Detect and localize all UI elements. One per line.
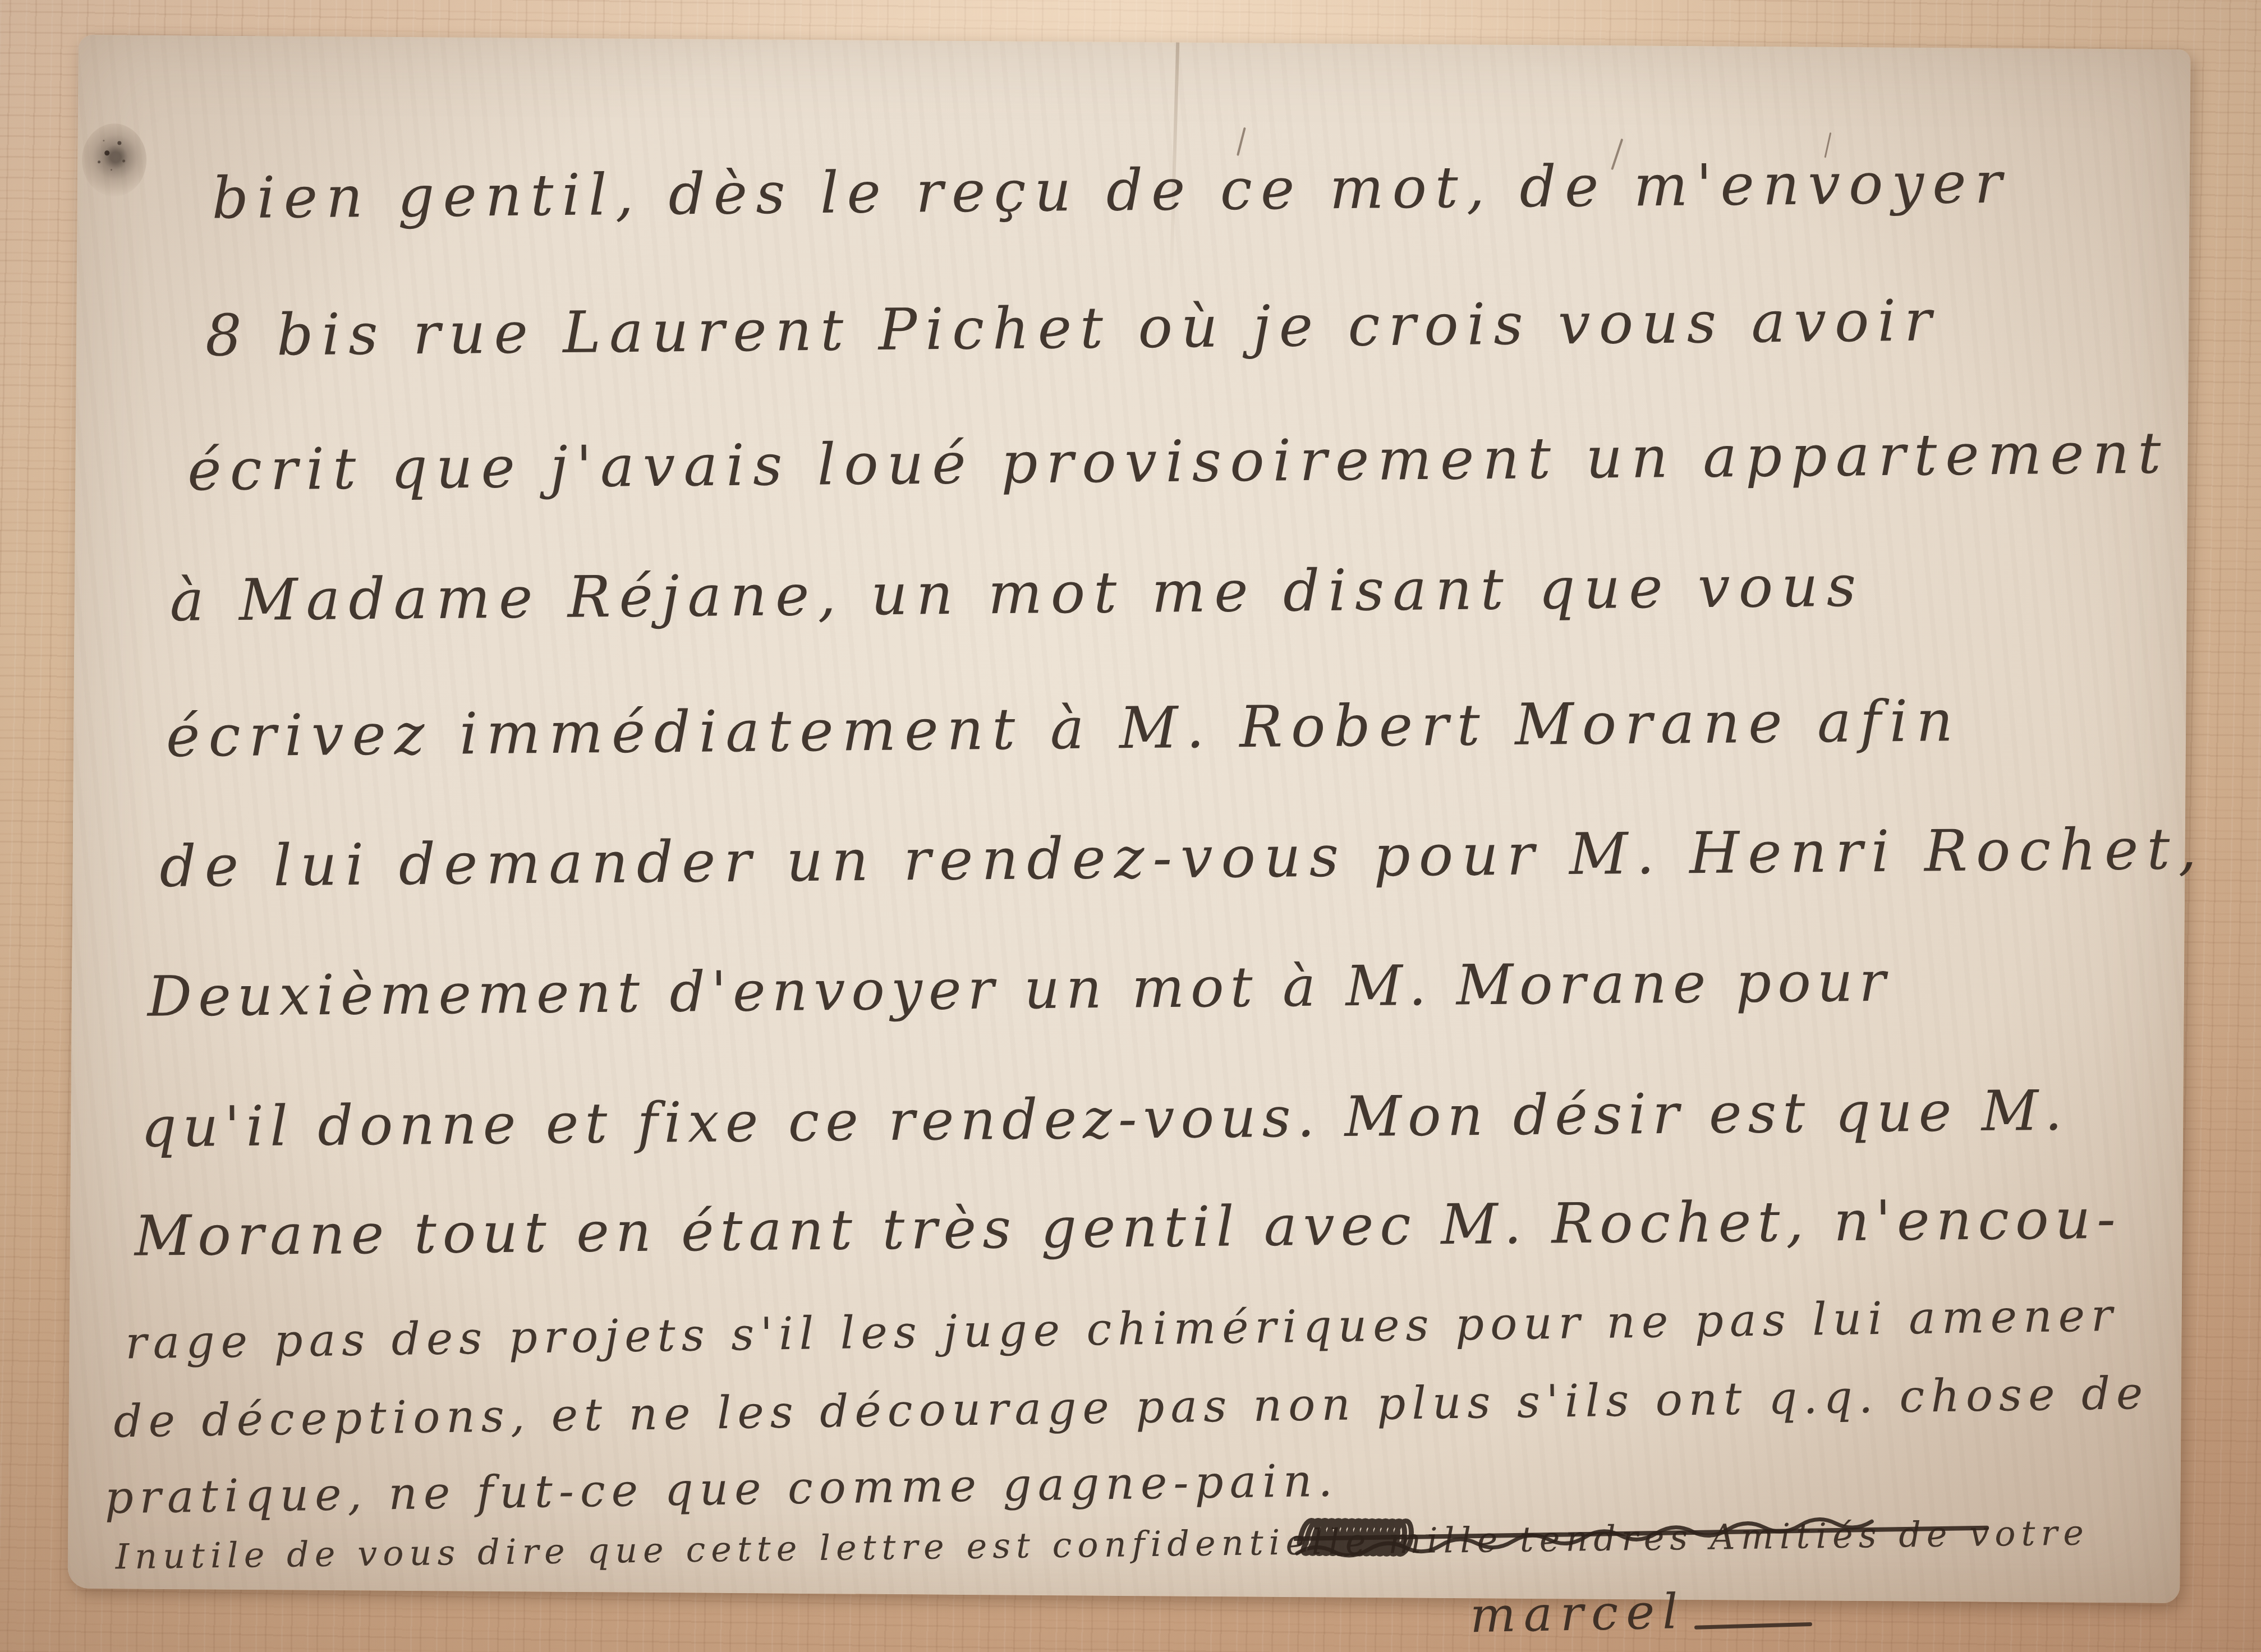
scratch-mark	[1237, 127, 1246, 156]
signature: marcel	[1469, 1587, 1686, 1640]
letter-line-12: pratique, ne fut-ce que comme gagne-pain…	[104, 1458, 1339, 1521]
crossed-out-scribble	[1294, 1499, 1996, 1572]
letter-line-5: écrivez immédiatement à M. Robert Morane…	[166, 693, 1962, 766]
letter-line-6: de lui demander un rendez-vous pour M. H…	[159, 821, 2205, 896]
letter-paper: bien gentil, dès le reçu de ce mot, de m…	[67, 35, 2190, 1603]
signature-flourish	[1694, 1622, 1812, 1630]
letter-line-4: à Madame Réjane, un mot me disant que vo…	[169, 558, 1864, 630]
letter-line-9: Morane tout en étant très gentil avec M.…	[134, 1191, 2122, 1264]
letter-line-3: écrit que j'avais loué provisoirement un…	[187, 425, 2170, 499]
photo-background: bien gentil, dès le reçu de ce mot, de m…	[0, 0, 2261, 1652]
letter-line-1: bien gentil, dès le reçu de ce mot, de m…	[212, 155, 2010, 228]
letter-line-8: qu'il donne et fixe ce rendez-vous. Mon …	[141, 1083, 2069, 1156]
ink-stain	[82, 123, 147, 197]
letter-line-11: de déceptions, et ne les décourage pas n…	[113, 1371, 2149, 1444]
letter-line-7: Deuxièmement d'envoyer un mot à M. Moran…	[147, 954, 1892, 1025]
letter-line-10: rage pas des projets s'il les juge chimé…	[125, 1293, 2119, 1366]
letter-line-2: 8 bis rue Laurent Pichet où je crois vou…	[205, 293, 1941, 365]
